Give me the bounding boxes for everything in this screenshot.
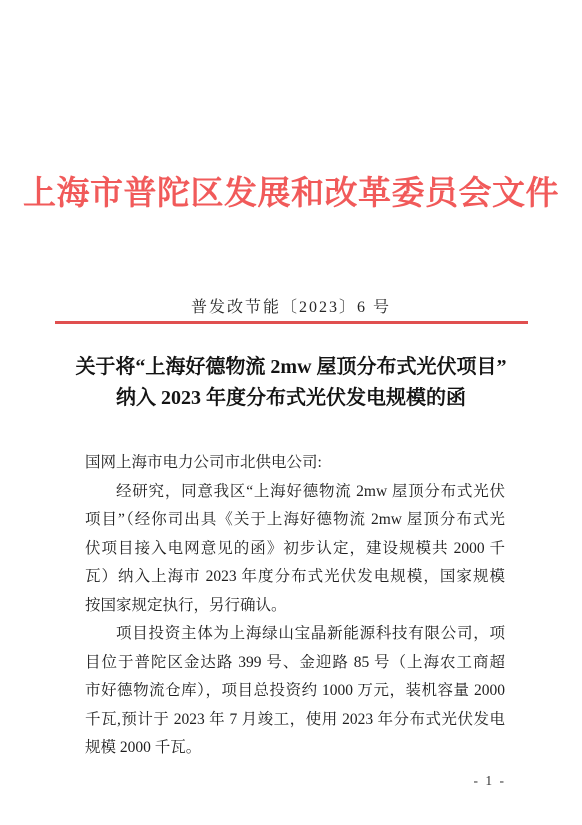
body-line: 伏项目接入电网意见的函》初步认定，建设规模共 2000 千 <box>85 535 505 564</box>
body-line: 目位于普陀区金达路 399 号、金迎路 85 号（上海农工商超 <box>85 649 505 678</box>
agency-letterhead-title: 上海市普陀区发展和改革委员会文件 <box>0 172 582 216</box>
document-title-line-1: 关于将“上海好德物流 2mw 屋顶分布式光伏项目” <box>41 352 541 383</box>
body-line: 项目”（经你司出具《关于上海好德物流 2mw 屋顶分布式光 <box>85 506 505 535</box>
red-divider-rule <box>55 321 528 324</box>
document-body: 国网上海市电力公司市北供电公司: 经研究，同意我区“上海好德物流 2mw 屋顶分… <box>85 449 505 763</box>
body-line: 千瓦,预计于 2023 年 7 月竣工，使用 2023 年分布式光伏发电 <box>85 706 505 735</box>
body-line: 瓦）纳入上海市 2023 年度分布式光伏发电规模，国家规模 <box>85 563 505 592</box>
document-title-line-2: 纳入 2023 年度分布式光伏发电规模的函 <box>41 383 541 414</box>
body-line: 规模 2000 千瓦。 <box>85 734 505 763</box>
document-reference-number: 普发改节能〔2023〕6 号 <box>0 297 582 319</box>
body-line: 项目投资主体为上海绿山宝晶新能源科技有限公司，项 <box>85 620 505 649</box>
document-title: 关于将“上海好德物流 2mw 屋顶分布式光伏项目” 纳入 2023 年度分布式光… <box>41 352 541 414</box>
page-number: - 1 - <box>474 772 507 790</box>
body-line: 市好德物流仓库），项目总投资约 1000 万元，装机容量 2000 <box>85 677 505 706</box>
body-line: 按国家规定执行，另行确认。 <box>85 592 505 621</box>
body-line: 经研究，同意我区“上海好德物流 2mw 屋顶分布式光伏 <box>85 478 505 507</box>
scanned-document-page: 上海市普陀区发展和改革委员会文件 普发改节能〔2023〕6 号 关于将“上海好德… <box>0 0 582 825</box>
recipient-line: 国网上海市电力公司市北供电公司: <box>85 449 505 478</box>
